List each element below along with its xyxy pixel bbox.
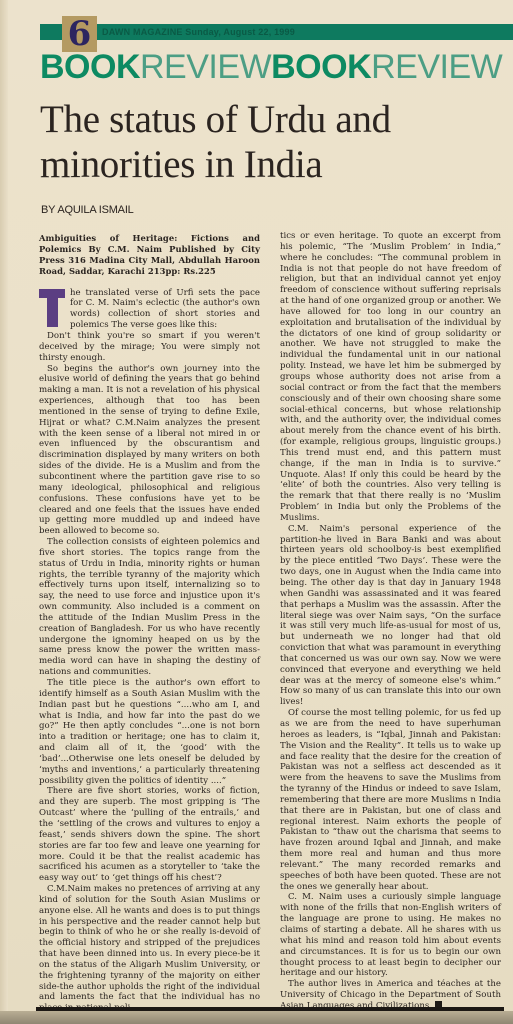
article-column-left: Ambiguities of Heritage: Fictions and Po… <box>39 233 260 1014</box>
newspaper-page: 6 DAWN MAGAZINE Sunday, August 22, 1999 … <box>0 0 513 1024</box>
paragraph-text: he translated verse of Urfi sets the pac… <box>70 288 260 331</box>
book-details: Ambiguities of Heritage: Fictions and Po… <box>39 233 260 277</box>
article-paragraph: tics or even heritage. To quote an excer… <box>280 231 501 524</box>
banner-word-book: BOOK <box>271 48 371 86</box>
banner-word-review: REVIEW <box>140 48 271 86</box>
article-paragraph: C.M. Naim's personal experience of the p… <box>280 524 501 708</box>
publication-dateline: DAWN MAGAZINE Sunday, August 22, 1999 <box>102 25 295 39</box>
article-column-right: tics or even heritage. To quote an excer… <box>280 231 501 1012</box>
article-paragraph: Of course the most telling polemic, for … <box>280 708 501 892</box>
article-paragraph: So begins the author's own journey into … <box>39 364 260 538</box>
page-edge <box>0 0 8 1024</box>
article-paragraph: The title piece is the author's own effo… <box>39 678 260 786</box>
page-bottom-edge <box>0 1011 513 1024</box>
column-divider <box>271 233 272 1003</box>
drop-cap-stem <box>47 289 58 327</box>
article-paragraph: The collection consists of eighteen pole… <box>39 537 260 678</box>
section-banner: BOOKREVIEWBOOKREVIEW <box>40 44 502 90</box>
article-paragraph: he translated verse of Urfi sets the pac… <box>39 288 260 331</box>
byline: BY AQUILA ISMAIL <box>41 204 134 216</box>
headline-line-2: minorities in India <box>40 143 322 186</box>
banner-word-book: BOOK <box>40 48 140 86</box>
article-paragraph: Don't think you're so smart if you weren… <box>39 331 260 364</box>
headline-line-1: The status of Urdu and <box>40 98 391 141</box>
article-headline: The status of Urdu and minorities in Ind… <box>40 97 500 187</box>
article-paragraph: C.M.Naim makes no pretences of arriving … <box>39 884 260 1014</box>
article-paragraph: There are five short stories, works of f… <box>39 786 260 884</box>
drop-cap-t <box>39 289 65 327</box>
banner-word-review: REVIEW <box>371 48 502 86</box>
article-paragraph: C. M. Naim uses a curiously simple langu… <box>280 892 501 979</box>
